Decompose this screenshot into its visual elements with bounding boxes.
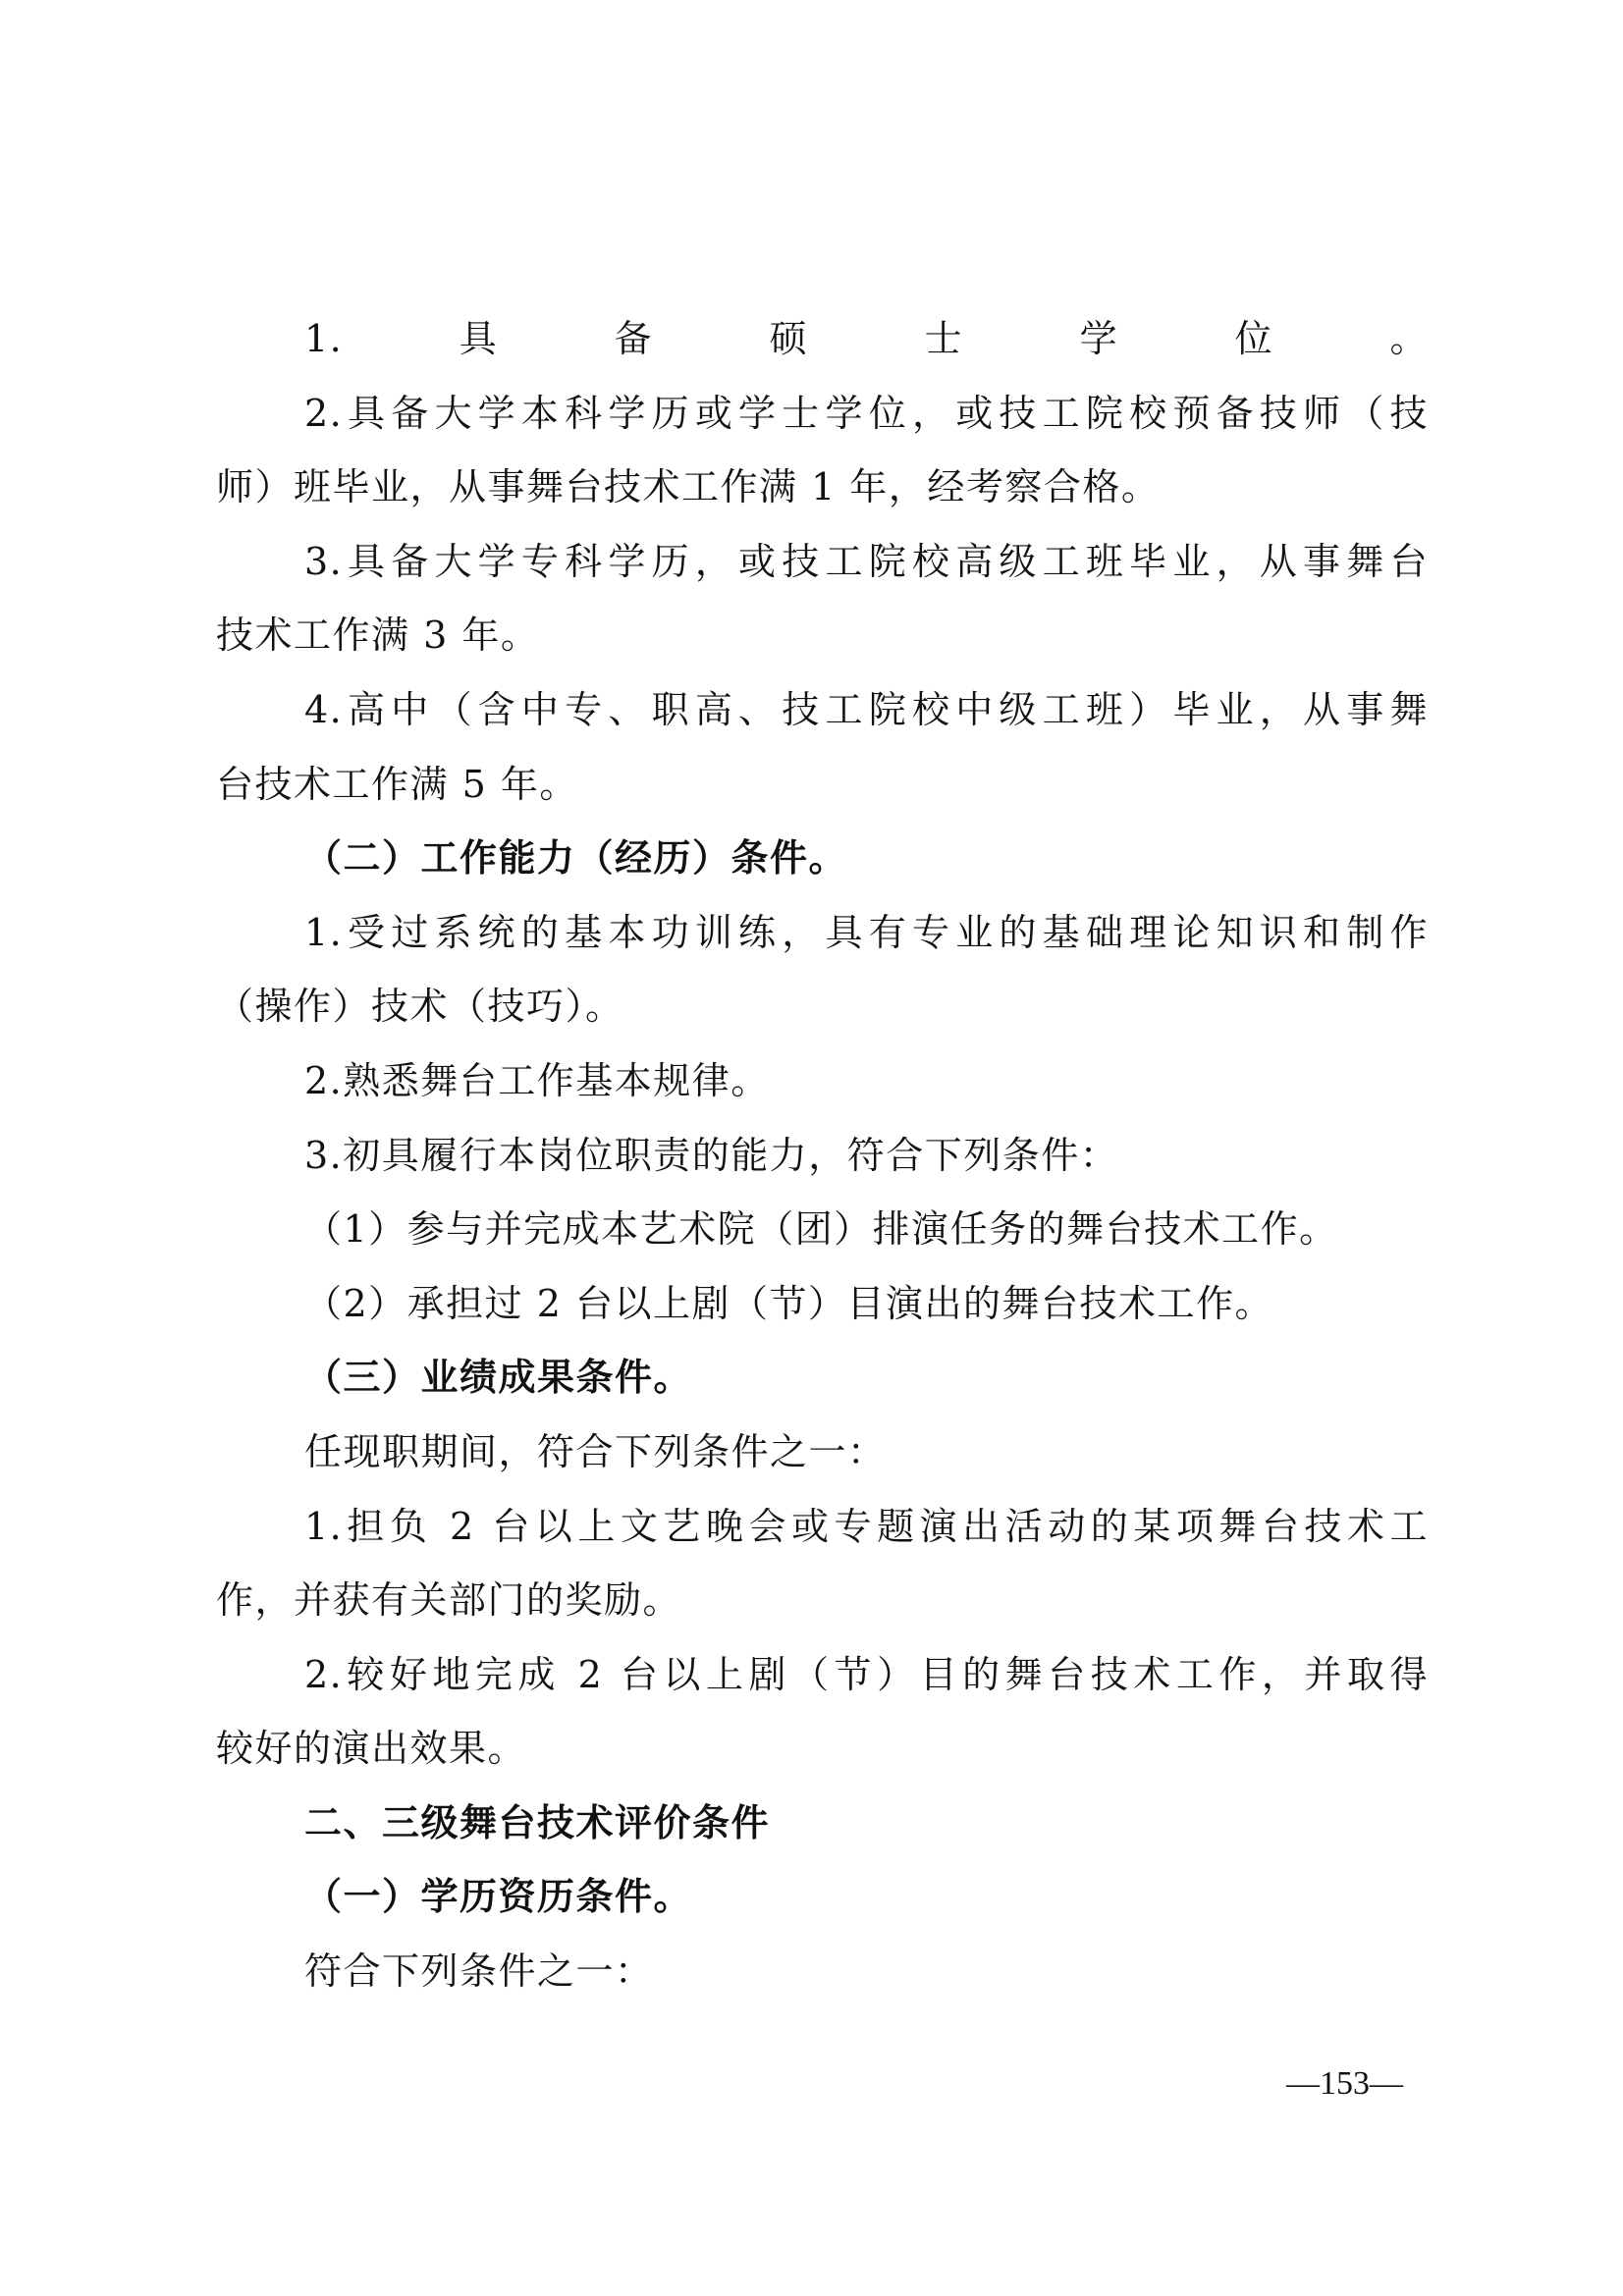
text-line: （1）参与并完成本艺术院（团）排演任务的舞台技术工作。 — [216, 1193, 1429, 1267]
text-line: 2.具备大学本科学历或学士学位，或技工院校预备技师（技 — [216, 377, 1429, 452]
text-line: 技术工作满 3 年。 — [216, 599, 1429, 673]
section-heading: （二）工作能力（经历）条件。 — [216, 822, 1429, 896]
text-line: 台技术工作满 5 年。 — [216, 748, 1429, 823]
text-line: 1.具备硕士学位。 — [216, 302, 1429, 377]
text-line: 师）班毕业，从事舞台技术工作满 1 年，经考察合格。 — [216, 451, 1429, 525]
text-line: 4.高中（含中专、职高、技工院校中级工班）毕业，从事舞 — [216, 673, 1429, 748]
text-line: 3.初具履行本岗位职责的能力，符合下列条件： — [216, 1119, 1429, 1194]
text-line: 任现职期间，符合下列条件之一： — [216, 1415, 1429, 1490]
section-heading: （一）学历资历条件。 — [216, 1860, 1429, 1935]
text-line: （操作）技术（技巧）。 — [216, 970, 1429, 1044]
chapter-heading: 二、三级舞台技术评价条件 — [216, 1787, 1429, 1861]
text-line: 符合下列条件之一： — [216, 1935, 1429, 2009]
text-line: （2）承担过 2 台以上剧（节）目演出的舞台技术工作。 — [216, 1267, 1429, 1342]
document-body: 1.具备硕士学位。 2.具备大学本科学历或学士学位，或技工院校预备技师（技 师）… — [216, 302, 1429, 2009]
text-line: 较好的演出效果。 — [216, 1712, 1429, 1787]
text-line: 2.熟悉舞台工作基本规律。 — [216, 1044, 1429, 1119]
text-line: 1.受过系统的基本功训练，具有专业的基础理论知识和制作 — [216, 896, 1429, 971]
text-line: 1.担负 2 台以上文艺晚会或专题演出活动的某项舞台技术工 — [216, 1490, 1429, 1565]
page-number: —153— — [1286, 2065, 1403, 2103]
text-line: 作，并获有关部门的奖励。 — [216, 1564, 1429, 1638]
text-line: 2.较好地完成 2 台以上剧（节）目的舞台技术工作，并取得 — [216, 1638, 1429, 1713]
text-line: 3.具备大学专科学历，或技工院校高级工班毕业，从事舞台 — [216, 525, 1429, 600]
section-heading: （三）业绩成果条件。 — [216, 1341, 1429, 1415]
